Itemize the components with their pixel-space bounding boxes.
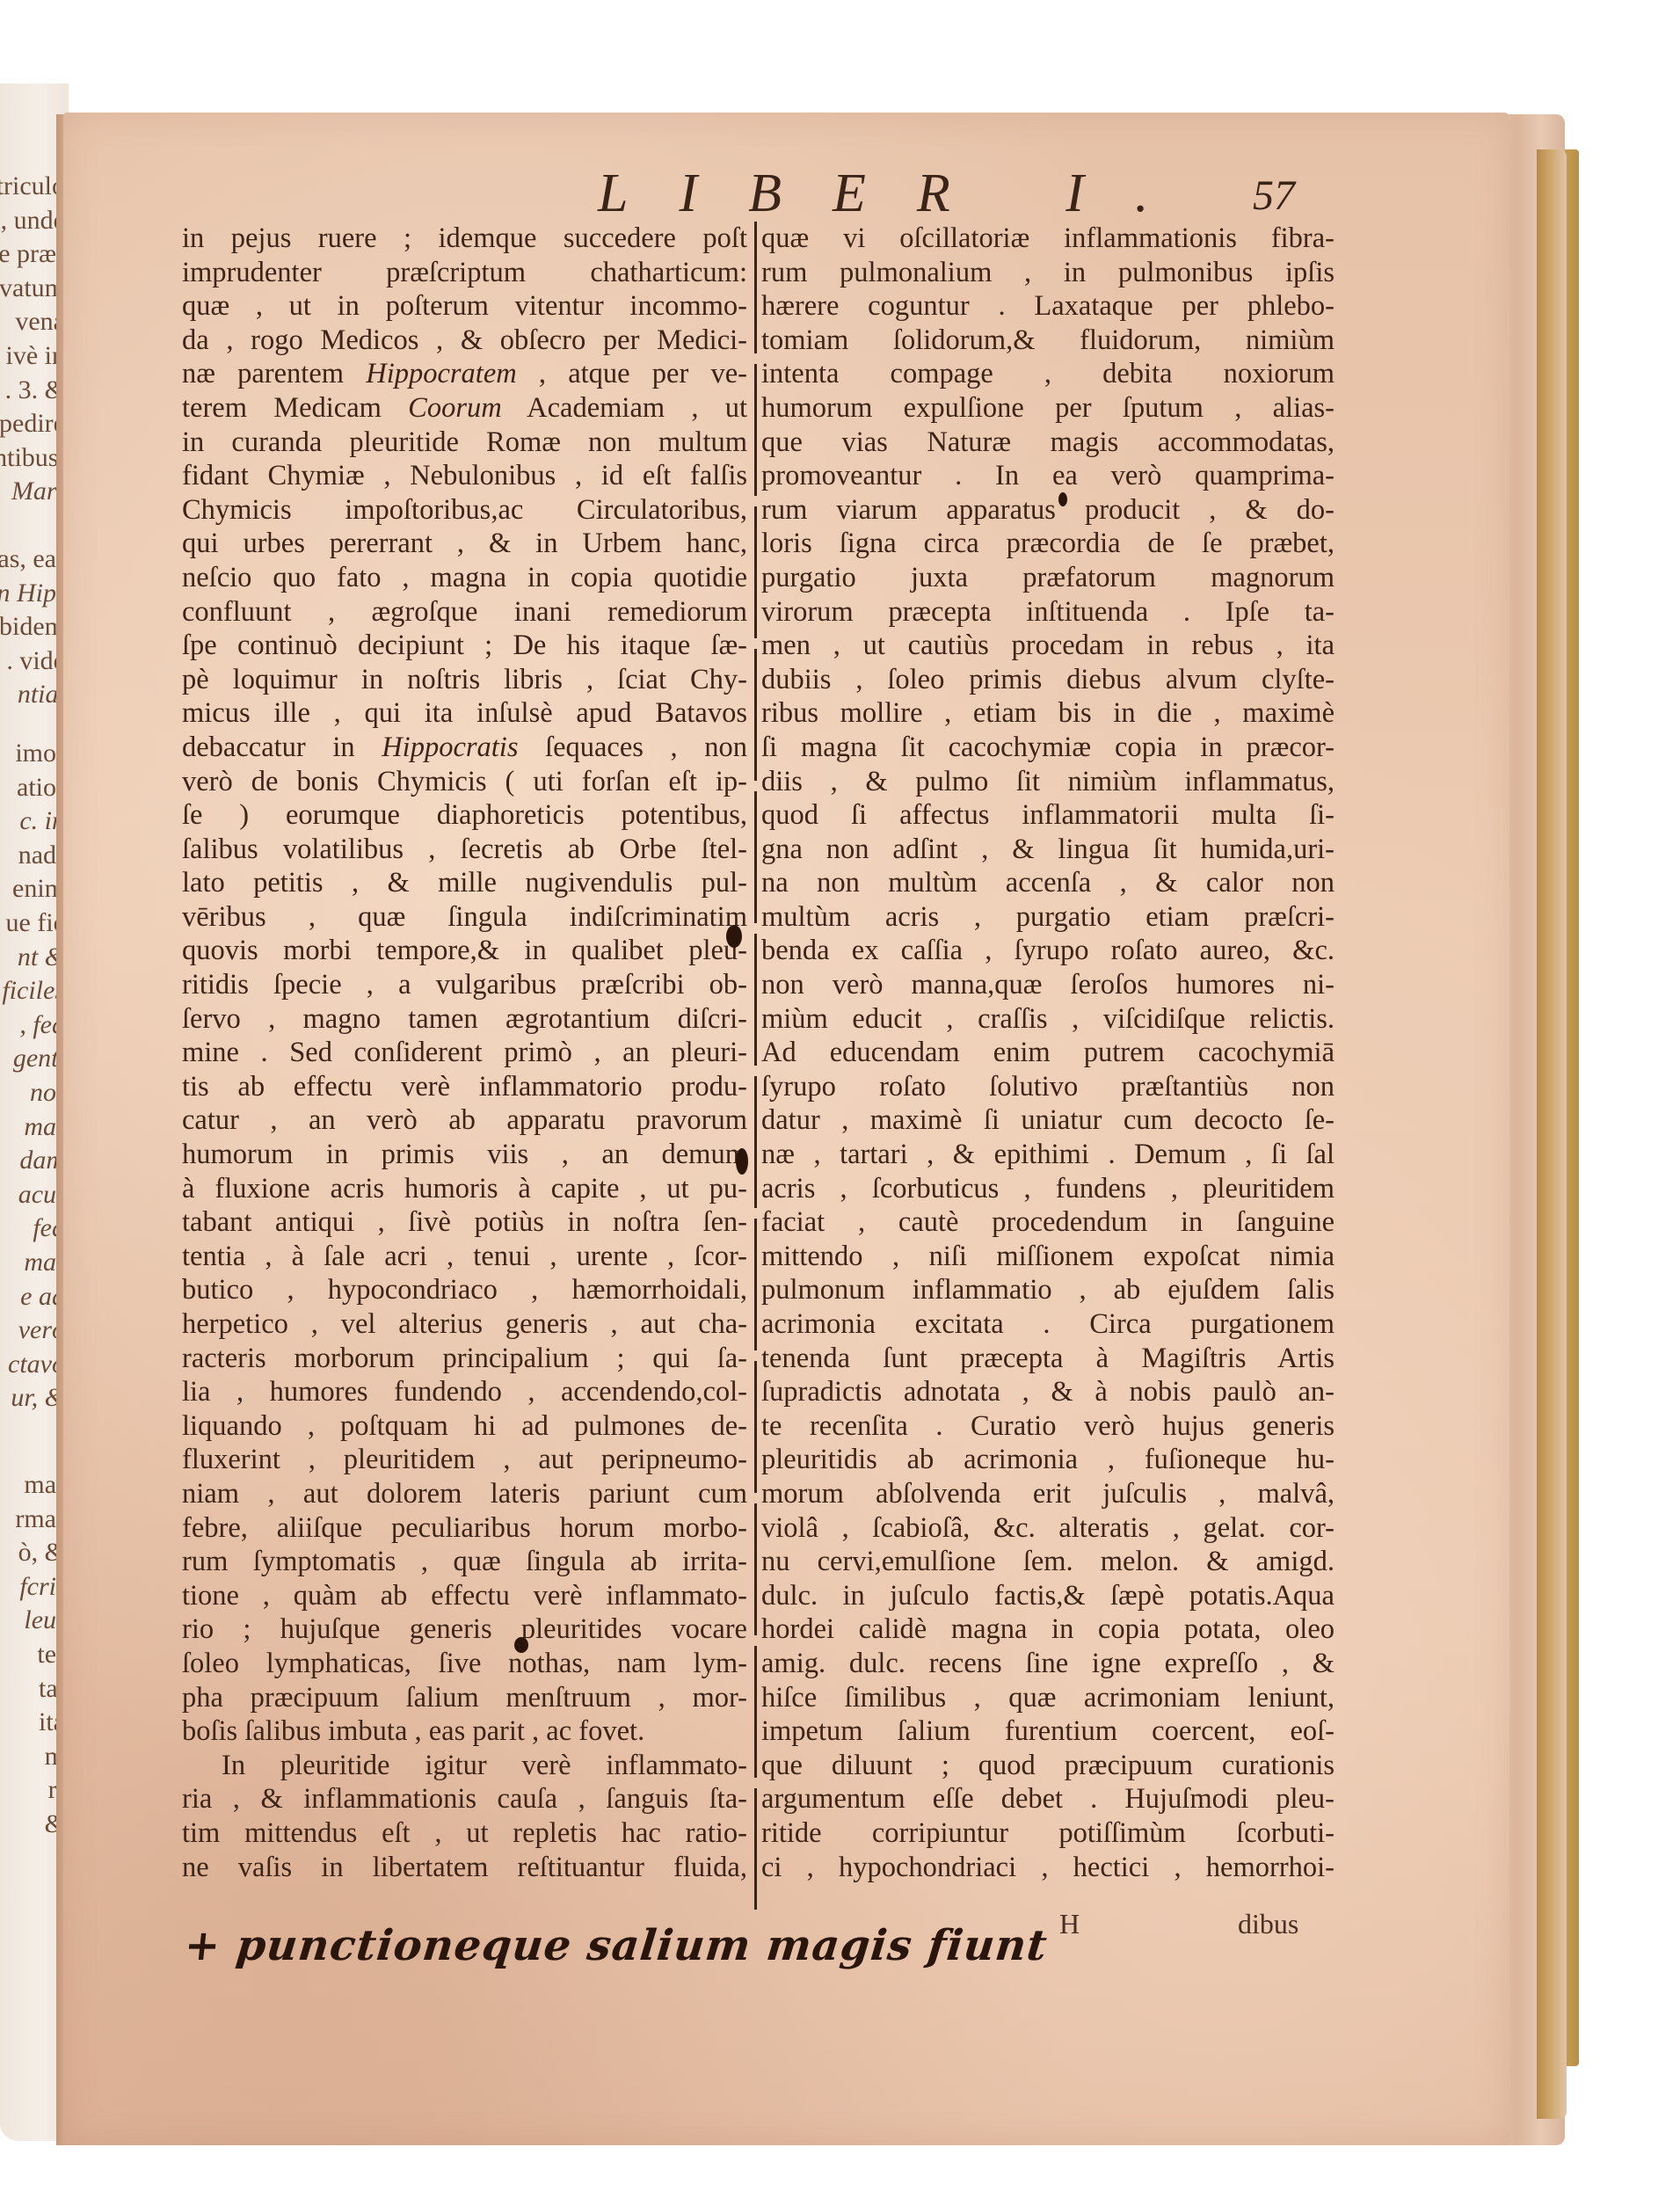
previous-page-text-fragment: as, ea-	[0, 544, 65, 574]
text-line: butico , hypocondriaco , hæmorrhoidali,	[182, 1273, 747, 1307]
text-line: neſcio quo fato , magna in copia quotidi…	[182, 561, 747, 595]
text-line: morum abſolvenda erit juſculis , malvâ,	[761, 1477, 1335, 1511]
text-line: purgatio juxta præfatorum magnorum	[761, 561, 1335, 595]
text-line: boſis ſalibus imbuta , eas parit , ac fo…	[182, 1714, 747, 1749]
text-line: vēribus , quæ ſingula indiſcriminatim	[182, 900, 747, 935]
text-line: ribus mollire , etiam bis in die , maxim…	[761, 696, 1335, 731]
text-line: micus ille , qui ita inſulsè apud Batavo…	[182, 696, 747, 731]
text-line: ria , & inflammationis cauſa , ſanguis ſ…	[182, 1782, 747, 1816]
previous-page-text-fragment: ntibus,	[0, 443, 65, 473]
text-line: tabant antiqui , ſivè potiùs in noſtra ſ…	[182, 1205, 747, 1240]
text-line: terem Medicam Coorum Academiam , ut	[182, 391, 747, 426]
text-line: mittendo , niſi miſſionem expoſcat nimia	[761, 1240, 1335, 1274]
text-line: intenta compage , debita noxiorum	[761, 357, 1335, 391]
text-line: quæ , ut in poſterum vitentur incommo-	[182, 289, 747, 324]
text-line: ci , hypochondriaci , hectici , hemorrho…	[761, 1851, 1335, 1885]
text-line: ſervo , magno tamen ægrotantium diſcri-	[182, 1002, 747, 1037]
text-line: pleuritidis ab acrimonia , fuſioneque hu…	[761, 1443, 1335, 1477]
text-line: violâ , ſcabioſâ, &c. alteratis , gelat.…	[761, 1511, 1335, 1546]
ink-blot	[726, 925, 742, 948]
signature-mark: H	[1059, 1908, 1080, 1940]
text-line: gna non adſint , & lingua ſit humida,uri…	[761, 833, 1335, 867]
text-line: ſalibus volatilibus , ſecretis ab Orbe ſ…	[182, 833, 747, 867]
text-line: datur , maximè ſi uniatur cum decocto ſe…	[761, 1103, 1335, 1138]
text-line: niam , aut dolorem lateris pariunt cum	[182, 1477, 747, 1511]
text-line: da , rogo Medicos , & obſecro per Medici…	[182, 324, 747, 358]
text-line: ſoleo lymphaticas, ſive nothas, nam lym-	[182, 1647, 747, 1681]
text-line: hiſce ſimilibus , quæ acrimoniam leniunt…	[761, 1681, 1335, 1715]
text-line: ſe ) eorumque diaphoreticis potentibus,	[182, 798, 747, 833]
text-line: rum pulmonalium , in pulmonibus ipſis	[761, 256, 1335, 290]
page-block-edge	[1537, 149, 1567, 2119]
text-line: imprudenter præſcriptum chatharticum:	[182, 256, 747, 290]
text-line: pha præcipuum ſalium menſtruum , mor-	[182, 1681, 747, 1715]
previous-page-text-fragment: , unde	[1, 206, 65, 236]
previous-page-text-fragment: pedire	[0, 409, 65, 439]
text-line: verò de bonis Chymicis ( uti forſan eſt …	[182, 765, 747, 799]
text-line: miùm educit , craſſis , viſcidiſque reli…	[761, 1002, 1335, 1037]
column-rule	[754, 222, 757, 1910]
text-line: tomiam ſolidorum,& fluidorum, nimiùm	[761, 324, 1335, 358]
text-line: benda ex caſſia , ſyrupo roſato aureo, &…	[761, 934, 1335, 968]
text-line: lato petitis , & mille nugivendulis pul-	[182, 866, 747, 900]
text-line: in pejus ruere ; idemque succedere poſt	[182, 222, 747, 256]
text-line: men , ut cautiùs procedam in rebus , ita	[761, 629, 1335, 663]
previous-page-text-fragment: triculo	[0, 171, 65, 201]
text-line: tis ab effectu verè inflammatorio produ-	[182, 1070, 747, 1104]
text-line: tim mittendus eſt , ut repletis hac rati…	[182, 1816, 747, 1851]
text-line: tentia , à ſale acri , tenui , urente , …	[182, 1240, 747, 1274]
previous-page-text-fragment: n Hip-	[0, 579, 65, 608]
text-line: ritidis ſpecie , a vulgaribus præſcribi …	[182, 968, 747, 1002]
text-line: fidant Chymiæ , Nebulonibus , id eſt fal…	[182, 459, 747, 493]
text-line: ne vaſis in libertatem reſtituantur flui…	[182, 1851, 747, 1885]
text-line: In pleuritide igitur verè inflammato-	[182, 1749, 747, 1783]
text-line: lia , humores fundendo , accendendo,col-	[182, 1375, 747, 1409]
text-line: na non multùm accenſa , & calor non	[761, 866, 1335, 900]
text-line: rio ; hujuſque generis pleuritides vocar…	[182, 1612, 747, 1647]
text-line: næ , tartari , & epithimi . Demum , ſi ſ…	[761, 1138, 1335, 1172]
text-line: qui urbes pererrant , & in Urbem hanc,	[182, 527, 747, 561]
text-line: ſyrupo roſato ſolutivo præſtantiùs non	[761, 1070, 1335, 1104]
right-text-column: quæ vi oſcillatoriæ inflammationis fibra…	[761, 222, 1335, 1884]
text-line: pè loquimur in noſtris libris , ſciat Ch…	[182, 663, 747, 697]
text-line: pulmonum inflammatio , ab ejuſdem ſalis	[761, 1273, 1335, 1307]
text-line: humorum expulſione per ſputum , alias-	[761, 391, 1335, 426]
text-line: mine . Sed conſiderent primò , an pleuri…	[182, 1036, 747, 1070]
text-line: næ parentem Hippocratem , atque per ve-	[182, 357, 747, 391]
left-text-column: in pejus ruere ; idemque succedere poſti…	[182, 222, 747, 1884]
text-line: impetum ſalium furentium coercent, eoſ-	[761, 1714, 1335, 1749]
text-line: in curanda pleuritide Romæ non multum	[182, 426, 747, 460]
text-line: fluxerint , pleuritidem , aut peripneumo…	[182, 1443, 747, 1477]
text-line: dulc. in juſculo factis,& ſæpè potatis.A…	[761, 1579, 1335, 1613]
text-line: faciat , cautè procedendum in ſanguine	[761, 1205, 1335, 1240]
text-line: que vias Naturæ magis accommodatas,	[761, 426, 1335, 460]
text-line: humorum in primis viis , an demum	[182, 1138, 747, 1172]
text-line: nu cervi,emulſione ſem. melon. & amigd.	[761, 1545, 1335, 1579]
text-line: liquando , poſtquam hi ad pulmones de-	[182, 1409, 747, 1444]
page-number: 57	[1253, 171, 1295, 220]
text-line: promoveantur . In ea verò quamprima-	[761, 459, 1335, 493]
text-line: quod ſi affectus inflammatorii multa ſi-	[761, 798, 1335, 833]
text-line: confluunt , ægroſque inani remediorum	[182, 595, 747, 630]
text-line: ſupradictis adnotata , & à nobis paulò a…	[761, 1375, 1335, 1409]
catchword: dibus	[1238, 1908, 1298, 1940]
text-line: debaccatur in Hippocratis ſequaces , non	[182, 731, 747, 765]
text-line: ſi magna ſit cacochymiæ copia in præcor-	[761, 731, 1335, 765]
text-line: non verò manna,quæ ſeroſos humores ni-	[761, 968, 1335, 1002]
text-line: Chymicis impoſtoribus,ac Circulatoribus,	[182, 493, 747, 528]
text-line: ſpe continuò decipiunt ; De his itaque ſ…	[182, 629, 747, 663]
text-line: te recenſita . Curatio verò hujus generi…	[761, 1409, 1335, 1444]
text-line: racteris morborum principalium ; qui ſa-	[182, 1342, 747, 1376]
text-line: dubiis , ſoleo primis diebus alvum clyſt…	[761, 663, 1335, 697]
text-line: à fluxione acris humoris à capite , ut p…	[182, 1172, 747, 1206]
text-line: catur , an verò ab apparatu pravorum	[182, 1103, 747, 1138]
text-line: argumentum eſſe debet . Hujuſmodi pleu-	[761, 1782, 1335, 1816]
text-line: tione , quàm ab effectu verè inflammato-	[182, 1579, 747, 1613]
text-line: quovis morbi tempore,& in qualibet pleu-	[182, 934, 747, 968]
ink-blot	[736, 1148, 748, 1175]
ink-blot	[514, 1637, 528, 1653]
text-line: virorum præcepta inſtituenda . Ipſe ta-	[761, 595, 1335, 630]
text-line: hordei calidè magna in copia potata, ole…	[761, 1612, 1335, 1647]
previous-page-text-fragment: le præ-	[0, 239, 65, 269]
previous-page-text-fragment: vatum	[0, 273, 65, 303]
text-line: loris ſigna circa præcordia de ſe præbet…	[761, 527, 1335, 561]
text-line: acris , ſcorbuticus , fundens , pleuriti…	[761, 1172, 1335, 1206]
text-line: ritide corripiuntur potiſſimùm ſcorbuti-	[761, 1816, 1335, 1851]
text-line: hærere coguntur . Laxataque per phlebo-	[761, 289, 1335, 324]
previous-page-text-fragment: bidem	[0, 612, 65, 642]
text-line: que diluunt ; quod præcipuum curationis	[761, 1749, 1335, 1783]
ink-blot	[1058, 492, 1067, 506]
text-line: rum viarum apparatus producit , & do-	[761, 493, 1335, 528]
text-line: quæ vi oſcillatoriæ inflammationis fibra…	[761, 222, 1335, 256]
handwritten-annotation: + punctioneque salium magis fiunt	[182, 1921, 1050, 1970]
text-line: amig. dulc. recens ſine igne expreſſo , …	[761, 1647, 1335, 1681]
text-line: rum ſymptomatis , quæ ſingula ab irrita-	[182, 1545, 747, 1579]
text-line: diis , & pulmo ſit nimiùm inflammatus,	[761, 765, 1335, 799]
text-line: tenenda ſunt præcepta à Magiſtris Artis	[761, 1342, 1335, 1376]
text-line: herpetico , vel alterius generis , aut c…	[182, 1307, 747, 1342]
text-line: febre, aliiſque peculiaribus horum morbo…	[182, 1511, 747, 1546]
text-line: Ad educendam enim putrem cacochymiā	[761, 1036, 1335, 1070]
text-line: acrimonia excitata . Circa purgationem	[761, 1307, 1335, 1342]
text-line: multùm acris , purgatio etiam præſcri-	[761, 900, 1335, 935]
